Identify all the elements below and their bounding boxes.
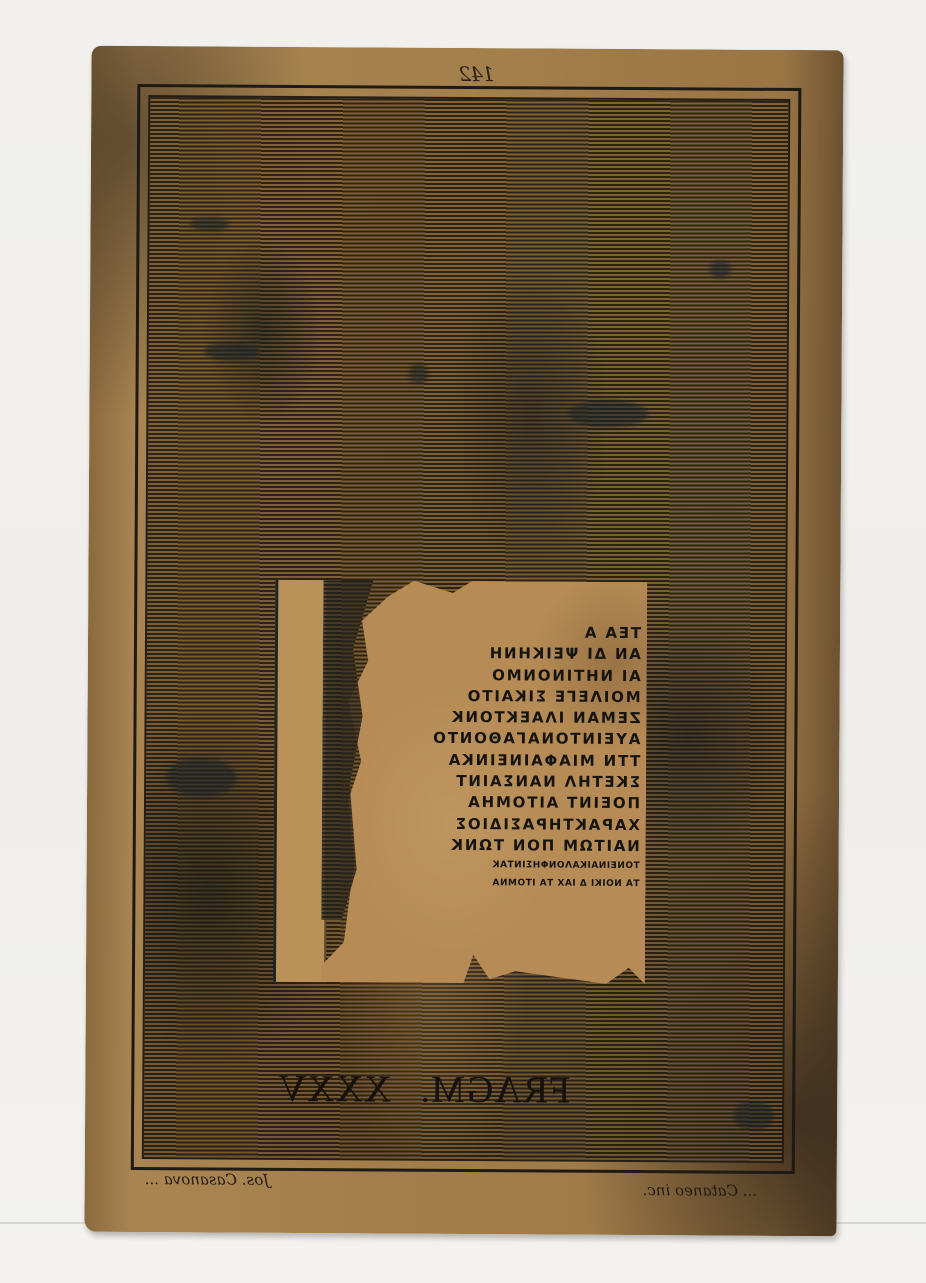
text-line: ΑΝ ΔΙ ΨΕΙΚΗΝΗ [379, 643, 641, 666]
stain [409, 364, 429, 384]
stain [734, 1101, 774, 1131]
papyrus-left-strip [273, 580, 328, 982]
text-line: ΜΟΙΛΕΓΕ ΣΙΚΑΙΤΟ [379, 685, 641, 708]
fragment-title: FRAGM.XXXV [270, 1067, 570, 1113]
engraved-frame: ΤΕΑ Α ΑΝ ΔΙ ΨΕΙΚΗΝΗ ΑΙ ΝΗΤΙΝΟΝΜΟ ΜΟΙΛΕΓΕ… [131, 84, 802, 1174]
stain [166, 757, 236, 797]
fragment-number: XXXV [278, 1068, 392, 1111]
stain [204, 342, 259, 360]
text-line: ΤΕΑ Α [379, 621, 641, 644]
copper-plate: 142 ΤΕΑ Α ΑΝ ΔΙ ΨΕΙΚΗΝΗ ΑΙ ΝΗΤΙΝΟΝΜΟ ΜΟΙ… [84, 46, 843, 1237]
stain [709, 260, 731, 278]
hatched-field: ΤΕΑ Α ΑΝ ΔΙ ΨΕΙΚΗΝΗ ΑΙ ΝΗΤΙΝΟΝΜΟ ΜΟΙΛΕΓΕ… [142, 95, 790, 1163]
text-line: ΝΑΙΤΩΜ ΠΟΝ ΤΩΝΚ [378, 834, 640, 857]
stain [568, 400, 648, 428]
text-line-small: ΤΟΝΕΙΝΑΙΚΑΛΟΝΦΗΣΙΝΤΑΚ [378, 856, 640, 876]
papyrus-text: ΤΕΑ Α ΑΝ ΔΙ ΨΕΙΚΗΝΗ ΑΙ ΝΗΤΙΝΟΝΜΟ ΜΟΙΛΕΓΕ… [377, 621, 641, 893]
fragment-label: FRAGM. [419, 1069, 570, 1112]
stain [189, 217, 229, 231]
text-line: ΑΥΕΙΝΤΟΝΑΓΑΘΟΝΤΟ [378, 728, 640, 751]
engraver-signature-right: ... Cataneo inc. [642, 1181, 757, 1200]
text-line: ΖΕΜΑΝ ΙΛΑΕΚΤΟΝΚ [378, 707, 640, 730]
plate-number: 142 [459, 62, 494, 86]
text-line: ΠΟΕΙΝΤ ΑΙΤΟΜΗΑ [378, 792, 640, 815]
text-line-small: ΤΑ ΝΟΙΚΙ Δ ΙΑΧ ΤΑ ΙΤΟΜΝΑ [377, 874, 639, 894]
text-line: ΧΑΡΑΚΤΗΡΑΣΙΔΙΟΣ [378, 813, 640, 836]
text-line: ΤΤΝ ΜΙΑΦΑΙΝΕΙΝΚΑ [378, 749, 640, 772]
text-line: ΣΚΕΤΗΛ ΝΑΝΣΑΙΝΤ [378, 771, 640, 794]
engraver-signature-left: Jos. Casanova ... [145, 1170, 270, 1189]
text-line: ΑΙ ΝΗΤΙΝΟΝΜΟ [379, 664, 641, 687]
